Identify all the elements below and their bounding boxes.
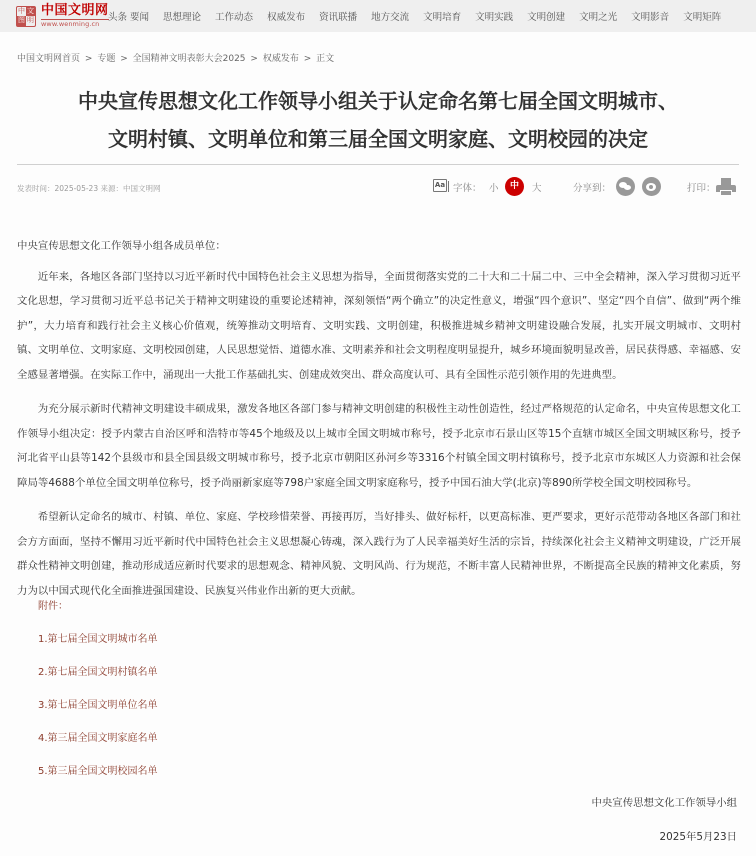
article-title: 中央宣传思想文化工作领导小组关于认定命名第七届全国文明城市、 文明村镇、文明单位… [0, 82, 756, 158]
main-nav: 头条 要闻 思想理论 工作动态 权威发布 资讯联播 地方交流 文明培育 文明实践… [108, 9, 735, 23]
nav-item-theory[interactable]: 思想理论 [163, 9, 201, 23]
breadcrumb-releases[interactable]: 权威发布 [263, 54, 299, 64]
printer-icon[interactable] [716, 178, 736, 196]
font-size-label: 字体： [453, 180, 482, 194]
site-url: www.wenming.cn [41, 20, 109, 28]
font-large-button[interactable]: 大 [532, 180, 542, 194]
breadcrumb-current: 正文 [316, 54, 334, 64]
title-divider [17, 164, 739, 165]
attachment-link-families[interactable]: 4.第三届全国文明家庭名单 [38, 728, 158, 761]
article-title-line-2: 文明村镇、文明单位和第三届全国文明家庭、文明校园的决定 [0, 120, 756, 158]
seal-char: 图 [17, 16, 26, 26]
attachment-link-cities[interactable]: 1.第七届全国文明城市名单 [38, 629, 158, 662]
salutation: 中央宣传思想文化工作领导小组各成员单位： [17, 234, 741, 259]
paragraph-2: 为充分展示新时代精神文明建设丰硕成果，激发各地区各部门参与精神文明创建的积极性主… [17, 397, 741, 495]
breadcrumb-separator: > [85, 54, 93, 64]
font-small-button[interactable]: 小 [489, 180, 499, 194]
site-logo[interactable]: 中 文 图 明 中国文明网 www.wenming.cn [16, 4, 109, 28]
seal-char: 文 [26, 7, 35, 17]
attachment-link-villages[interactable]: 2.第七届全国文明村镇名单 [38, 662, 158, 695]
attachments: 附件： 1.第七届全国文明城市名单 2.第七届全国文明村镇名单 3.第七届全国文… [38, 596, 158, 794]
breadcrumb-separator: > [304, 54, 312, 64]
article-title-line-1: 中央宣传思想文化工作领导小组关于认定命名第七届全国文明城市、 [0, 82, 756, 120]
wechat-share-icon[interactable] [616, 177, 635, 196]
signature: 中央宣传思想文化工作领导小组 [592, 794, 737, 809]
font-medium-button[interactable]: 中 [505, 177, 524, 196]
nav-item-news-feed[interactable]: 资讯联播 [319, 9, 357, 23]
nav-item-creation[interactable]: 文明创建 [527, 9, 565, 23]
nav-item-cultivation[interactable]: 文明培育 [423, 9, 461, 23]
print-label: 打印： [687, 180, 716, 194]
seal-char: 中 [17, 7, 26, 17]
breadcrumb-home[interactable]: 中国文明网首页 [17, 54, 80, 64]
site-name: 中国文明网 [41, 4, 109, 20]
article-tools: Aa 字体： 小 中 大 分享到： 打印： [0, 175, 756, 197]
nav-item-releases[interactable]: 权威发布 [267, 9, 305, 23]
logo-seal-icon: 中 文 图 明 [16, 6, 36, 27]
font-size-icon: Aa [433, 179, 447, 192]
nav-item-matrix[interactable]: 文明矩阵 [683, 9, 721, 23]
printer-icon-paper [721, 178, 731, 185]
breadcrumb-conference[interactable]: 全国精神文明表彰大会2025 [133, 54, 246, 64]
nav-item-work-news[interactable]: 工作动态 [215, 9, 253, 23]
paragraph-3: 希望新认定命名的城市、村镇、单位、家庭、学校珍惜荣誉、再接再厉，当好排头、做好标… [17, 505, 741, 603]
breadcrumb-separator: > [250, 54, 258, 64]
logo-text: 中国文明网 www.wenming.cn [41, 4, 109, 28]
nav-item-practice[interactable]: 文明实践 [475, 9, 513, 23]
printer-icon-tray [720, 190, 732, 196]
article-body: 中央宣传思想文化工作领导小组各成员单位： 近年来，各地区各部门坚持以习近平新时代… [17, 234, 741, 613]
attachment-link-campuses[interactable]: 5.第三届全国文明校园名单 [38, 761, 158, 794]
weibo-share-icon[interactable] [642, 177, 661, 196]
signature-date: 2025年5月23日 [660, 828, 737, 843]
breadcrumb-separator: > [120, 54, 128, 64]
paragraph-1: 近年来，各地区各部门坚持以习近平新时代中国特色社会主义思想为指导，全面贯彻落实党… [17, 265, 741, 388]
nav-item-media[interactable]: 文明影音 [631, 9, 669, 23]
seal-char: 明 [26, 16, 35, 26]
nav-item-local[interactable]: 地方交流 [371, 9, 409, 23]
breadcrumb: 中国文明网首页 > 专题 > 全国精神文明表彰大会2025 > 权威发布 > 正… [17, 51, 334, 64]
nav-item-light[interactable]: 文明之光 [579, 9, 617, 23]
top-nav-bar: 中 文 图 明 中国文明网 www.wenming.cn 头条 要闻 思想理论 … [0, 0, 756, 32]
share-label: 分享到： [573, 180, 611, 194]
breadcrumb-topics[interactable]: 专题 [97, 54, 115, 64]
attachment-link-units[interactable]: 3.第七届全国文明单位名单 [38, 695, 158, 728]
attachments-label: 附件： [38, 596, 158, 629]
nav-item-headlines[interactable]: 头条 要闻 [108, 9, 149, 23]
